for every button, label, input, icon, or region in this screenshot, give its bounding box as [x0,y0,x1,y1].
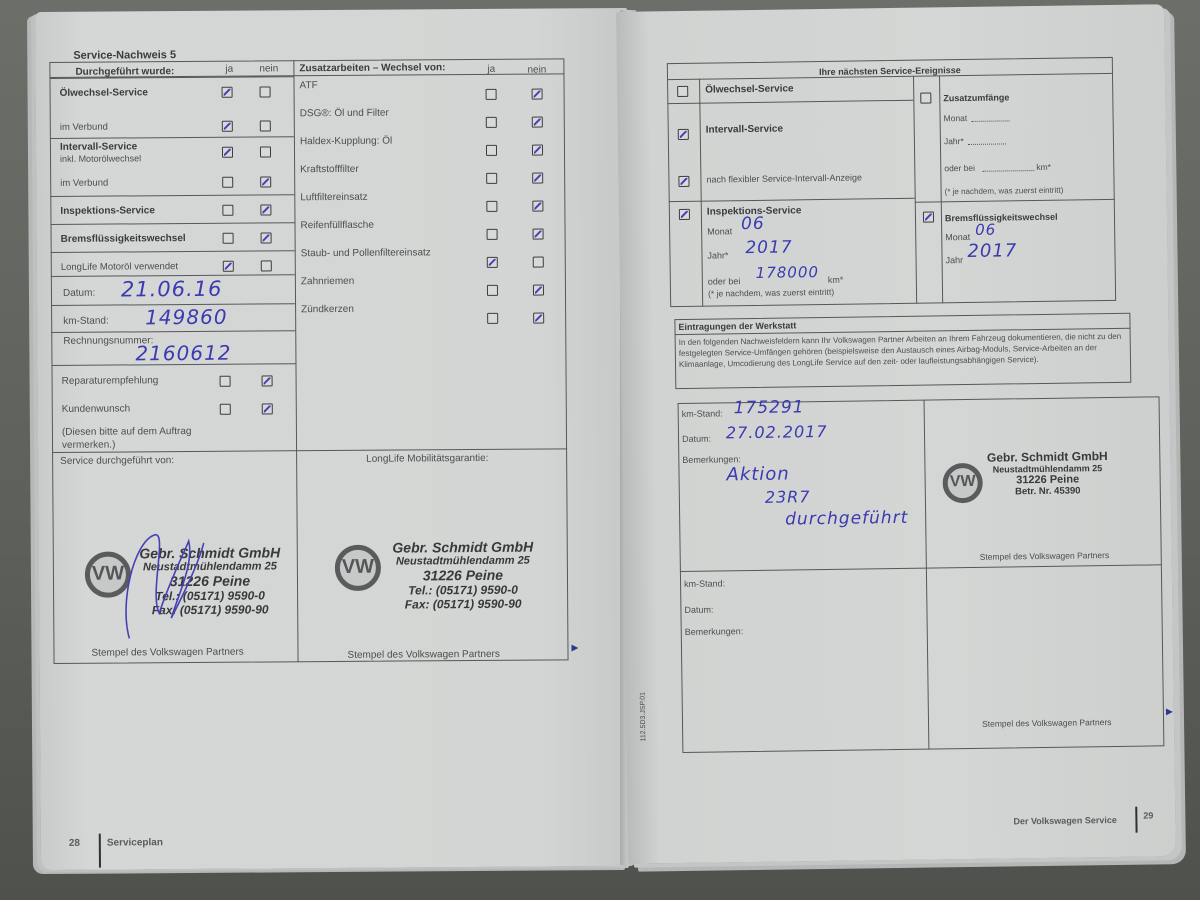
col-yes: ja [225,64,233,75]
performed-row-label: Bremsflüssigkeitswechsel [61,233,186,245]
entry2-remarks-label: Bemerkungen: [685,626,744,637]
entry1-remark-line[interactable]: durchgeführt [785,508,908,530]
extras-year-label: Jahr* [944,136,964,146]
left-page: Service-Nachweis 5 Durchgeführt wurde: j… [35,8,633,870]
brake-fluid-checkbox[interactable] [923,211,934,222]
performed-no-checkbox[interactable] [260,176,271,187]
extra-yes-checkbox[interactable] [220,376,231,387]
entry1-stamp-caption: Stempel des Volkswagen Partners [980,550,1110,562]
inspection-month-label: Monat [707,226,732,236]
signature [109,523,220,644]
date-label: Datum: [63,288,95,299]
additional-row-label: DSG®: Öl und Filter [300,108,389,120]
page-number-left: 28 [69,838,80,849]
order-note: (Diesen bitte auf dem Auftrag vermerken.… [62,425,222,452]
service-by-label: Service durchgeführt von: [60,455,174,467]
performed-no-checkbox[interactable] [260,120,271,131]
workshop-title: Eintragungen der Werkstatt [678,320,796,332]
performed-yes-checkbox[interactable] [222,177,233,188]
continue-arrow-icon: ▶ [571,642,578,653]
performed-no-checkbox[interactable] [260,86,271,97]
oil-service-label: Ölwechsel-Service [705,83,794,95]
additional-col-yes: ja [487,64,495,75]
additional-no-checkbox[interactable] [532,173,543,184]
extra-no-checkbox[interactable] [262,375,273,386]
entry1-km-label: km-Stand: [682,408,723,419]
brake-fluid-label: Bremsflüssigkeitswechsel [945,212,1058,224]
right-page: Ihre nächsten Service-Ereignisse Ölwechs… [616,4,1176,864]
extra-row-label: Kundenwunsch [62,403,130,414]
performed-row-label: Intervall-Service [60,141,137,153]
section-name-left: Serviceplan [107,837,163,848]
inspection-month-value[interactable]: 06 [741,214,765,234]
performed-header: Durchgeführt wurde: [75,66,174,78]
extra-no-checkbox[interactable] [262,403,273,414]
brake-fluid-year-value[interactable]: 2017 [967,240,1017,262]
performed-row-sublabel: inkl. Motorölwechsel [60,153,141,164]
performed-no-checkbox[interactable] [261,260,272,271]
guarantee-label: LongLife Mobilitätsgarantie: [366,453,488,465]
performed-row-label: im Verbund [60,122,108,133]
brake-fluid-month-value[interactable]: 06 [975,221,996,239]
additional-row-label: Reifenfüllflasche [300,220,373,232]
date-value[interactable]: 21.06.16 [121,277,223,302]
entry1-date-value[interactable]: 27.02.2017 [726,422,828,442]
performed-row-label: im Verbund [60,178,108,189]
page-number-right: 29 [1143,810,1153,820]
performed-no-checkbox[interactable] [261,232,272,243]
performed-yes-checkbox[interactable] [223,261,234,272]
stamp-caption-left: Stempel des Volkswagen Partners [91,647,243,659]
additional-no-checkbox[interactable] [532,201,543,212]
extra-row-label: Reparaturempfehlung [62,375,159,387]
performed-yes-checkbox[interactable] [222,87,233,98]
flexible-interval-checkbox[interactable] [678,176,689,187]
interval-service-label: Intervall-Service [706,124,783,136]
performed-no-checkbox[interactable] [260,204,271,215]
additional-no-checkbox[interactable] [532,145,543,156]
performed-yes-checkbox[interactable] [222,205,233,216]
inspection-km-prefix: oder bei [708,276,741,286]
dealer-stamp-entry1: Gebr. Schmidt GmbH Neustadtmühlendamm 25… [982,449,1113,498]
inspection-km-suffix: km* [828,275,844,285]
section-name-right: Der Volkswagen Service [1013,815,1117,826]
additional-no-checkbox[interactable] [533,257,544,268]
additional-col-no: nein [527,65,546,76]
performed-yes-checkbox[interactable] [222,121,233,132]
additional-no-checkbox[interactable] [532,89,543,100]
inspection-year-label: Jahr* [707,250,728,260]
extras-km-suffix: km* [1036,162,1051,172]
additional-yes-checkbox[interactable] [486,173,497,184]
additional-yes-checkbox[interactable] [486,201,497,212]
extras-checkbox[interactable] [920,92,931,103]
section-title: Service-Nachweis 5 [73,49,176,62]
workshop-text: In den folgenden Nachweisfeldern kann Ih… [679,331,1127,370]
continue-arrow-icon: ▶ [1166,706,1173,717]
entry1-remark-line[interactable]: Aktion [726,463,790,485]
performed-row-label: LongLife Motoröl verwendet [61,261,178,273]
inspection-year-value[interactable]: 2017 [745,237,793,258]
vw-logo-icon: VW [335,545,381,591]
entry1-date-label: Datum: [682,434,711,444]
additional-row-label: Staub- und Pollenfiltereinsatz [301,247,431,259]
additional-row-label: Luftfiltereinsatz [300,192,367,203]
additional-no-checkbox[interactable] [533,229,544,240]
km-value[interactable]: 149860 [145,305,228,330]
additional-yes-checkbox[interactable] [487,313,498,324]
extras-km-prefix: oder bei [944,163,975,173]
additional-row-label: Zündkerzen [301,304,354,315]
additional-no-checkbox[interactable] [533,313,544,324]
entry2-date-label: Datum: [684,605,713,615]
km-label: km-Stand: [63,316,109,327]
performed-no-checkbox[interactable] [260,146,271,157]
additional-no-checkbox[interactable] [533,285,544,296]
entry2-km-label: km-Stand: [684,578,725,589]
stamp-caption-right: Stempel des Volkswagen Partners [347,649,499,661]
extras-footnote: (* je nachdem, was zuerst eintritt) [945,186,1064,197]
additional-yes-checkbox[interactable] [486,145,497,156]
inspection-footnote: (* je nachdem, was zuerst eintritt) [708,287,834,299]
additional-header: Zusatzarbeiten – Wechsel von: [299,62,445,74]
inspection-checkbox[interactable] [679,209,690,220]
extras-label: Zusatzumfänge [943,92,1009,103]
additional-yes-checkbox[interactable] [486,89,497,100]
invoice-value[interactable]: 2160612 [135,341,231,366]
additional-yes-checkbox[interactable] [487,257,498,268]
additional-yes-checkbox[interactable] [487,229,498,240]
additional-row-label: Kraftstofffilter [300,164,359,175]
additional-yes-checkbox[interactable] [487,285,498,296]
print-code: 112.5D3.JSP.01 [640,692,648,742]
extra-yes-checkbox[interactable] [220,404,231,415]
additional-no-checkbox[interactable] [532,117,543,128]
dealer-stamp-guarantee: Gebr. Schmidt GmbH Neustadtmühlendamm 25… [383,539,543,612]
extras-month-label: Monat [944,113,968,123]
additional-yes-checkbox[interactable] [486,117,497,128]
col-no: nein [259,63,278,74]
performed-row-label: Inspektions-Service [60,205,155,217]
oil-service-checkbox[interactable] [677,86,688,97]
entry1-km-value[interactable]: 175291 [733,397,804,418]
performed-row-label: Ölwechsel-Service [60,87,148,99]
performed-yes-checkbox[interactable] [223,233,234,244]
interval-service-checkbox[interactable] [678,129,689,140]
additional-row-label: Haldex-Kupplung: Öl [300,136,392,148]
entry2-stamp-caption: Stempel des Volkswagen Partners [982,717,1112,729]
additional-row-label: Zahnriemen [301,276,354,287]
inspection-km-value[interactable]: 178000 [756,263,820,282]
brake-fluid-year-label: Jahr [946,255,964,265]
additional-row-label: ATF [299,80,317,91]
entry1-remark-line[interactable]: 23R7 [765,487,811,507]
performed-yes-checkbox[interactable] [222,147,233,158]
